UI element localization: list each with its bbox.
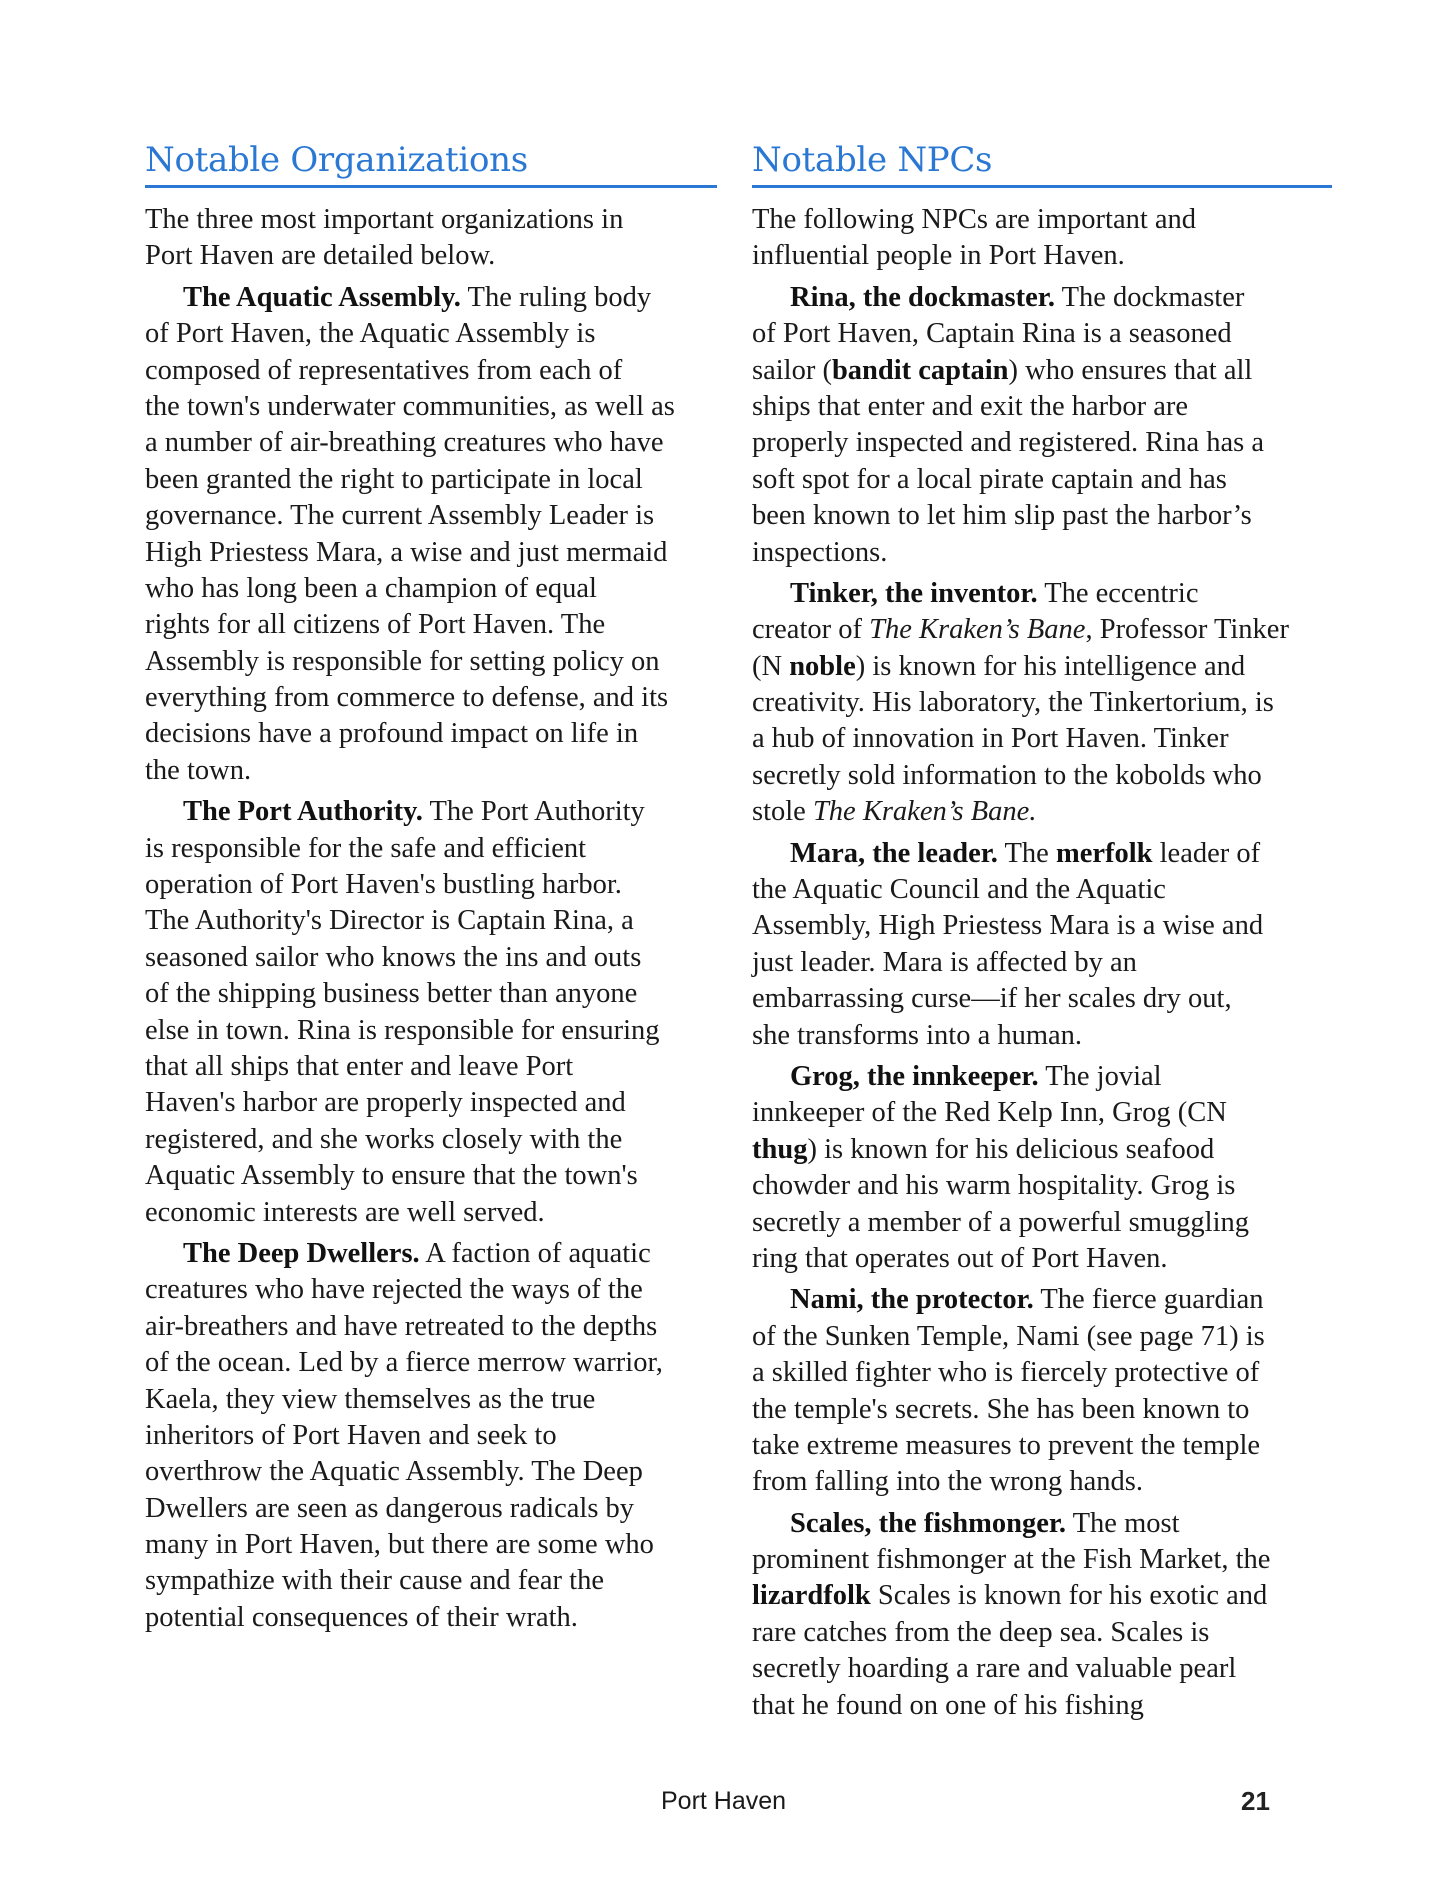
paragraph: Tinker, the inventor. The eccentriccreat… (752, 576, 1332, 831)
text-line: take extreme measures to prevent the tem… (752, 1428, 1332, 1464)
text-run: of the shipping business better than any… (145, 978, 637, 1009)
text-line: creativity. His laboratory, the Tinkerto… (752, 685, 1332, 721)
text-line: prominent fishmonger at the Fish Market,… (752, 1542, 1332, 1578)
text-line: inspections. (752, 535, 1332, 571)
text-line: Grog, the innkeeper. The jovial (752, 1059, 1332, 1095)
bold-text: lizardfolk (752, 1580, 871, 1611)
text-line: composed of representatives from each of (145, 353, 717, 389)
text-line: been granted the right to participate in… (145, 462, 717, 498)
text-run: been known to let him slip past the harb… (752, 500, 1252, 531)
text-run: everything from commerce to defense, and… (145, 682, 668, 713)
footer-running-title: Port Haven (661, 1787, 786, 1816)
text-run: The Authority's Director is Captain Rina… (145, 905, 634, 936)
paragraph: The Aquatic Assembly. The ruling bodyof … (145, 280, 717, 789)
bold-text: Rina, the dockmaster. (790, 282, 1055, 313)
text-run: innkeeper of the Red Kelp Inn, Grog (CN (752, 1097, 1227, 1128)
text-run: creativity. His laboratory, the Tinkerto… (752, 687, 1274, 718)
text-line: Dwellers are seen as dangerous radicals … (145, 1491, 717, 1527)
text-line: High Priestess Mara, a wise and just mer… (145, 535, 717, 571)
text-run: Port Haven are detailed below. (145, 240, 495, 271)
text-run: Assembly, High Priestess Mara is a wise … (752, 910, 1263, 941)
text-line: Scales, the fishmonger. The most (752, 1506, 1332, 1542)
text-run: ships that enter and exit the harbor are (752, 391, 1188, 422)
text-run: Haven's harbor are properly inspected an… (145, 1087, 626, 1118)
text-line: the temple's secrets. She has been known… (752, 1392, 1332, 1428)
text-run: seasoned sailor who knows the ins and ou… (145, 942, 641, 973)
text-line: innkeeper of the Red Kelp Inn, Grog (CN (752, 1095, 1332, 1131)
bold-text: The Aquatic Assembly. (183, 282, 461, 313)
text-run: just leader. Mara is affected by an (752, 947, 1137, 978)
text-run: influential people in Port Haven. (752, 240, 1125, 271)
text-line: Kaela, they view themselves as the true (145, 1382, 717, 1418)
text-line: everything from commerce to defense, and… (145, 680, 717, 716)
text-run: inspections. (752, 537, 887, 568)
paragraph: Mara, the leader. The merfolk leader oft… (752, 836, 1332, 1054)
text-line: Mara, the leader. The merfolk leader of (752, 836, 1332, 872)
bold-text: The Port Authority. (183, 796, 423, 827)
text-run: a number of air-breathing creatures who … (145, 427, 664, 458)
bold-text: bandit captain (832, 355, 1009, 386)
text-run: The Port Authority (423, 796, 645, 827)
text-line: rare catches from the deep sea. Scales i… (752, 1615, 1332, 1651)
text-line: the Aquatic Council and the Aquatic (752, 872, 1332, 908)
text-run: inheritors of Port Haven and seek to (145, 1420, 557, 1451)
text-line: is responsible for the safe and efficien… (145, 831, 717, 867)
paragraph: The following NPCs are important andinfl… (752, 202, 1332, 275)
text-run: secretly a member of a powerful smugglin… (752, 1207, 1249, 1238)
text-run: prominent fishmonger at the Fish Market,… (752, 1544, 1270, 1575)
paragraph: The Deep Dwellers. A faction of aquaticc… (145, 1236, 717, 1636)
text-line: from falling into the wrong hands. (752, 1464, 1332, 1500)
text-line: The three most important organizations i… (145, 202, 717, 238)
text-run: The eccentric (1038, 578, 1199, 609)
left-column: Notable Organizations The three most imp… (145, 138, 717, 1641)
text-line: of Port Haven, the Aquatic Assembly is (145, 316, 717, 352)
text-run: rights for all citizens of Port Haven. T… (145, 609, 605, 640)
text-line: overthrow the Aquatic Assembly. The Deep (145, 1454, 717, 1490)
text-run: The most (1066, 1508, 1179, 1539)
text-run: a hub of innovation in Port Haven. Tinke… (752, 723, 1229, 754)
text-line: embarrassing curse—if her scales dry out… (752, 981, 1332, 1017)
italic-text: The Kraken’s Bane (869, 614, 1085, 645)
document-page: Notable Organizations The three most imp… (0, 0, 1445, 1898)
text-run: Dwellers are seen as dangerous radicals … (145, 1493, 634, 1524)
text-run: operation of Port Haven's bustling harbo… (145, 869, 622, 900)
text-line: soft spot for a local pirate captain and… (752, 462, 1332, 498)
text-line: of the shipping business better than any… (145, 976, 717, 1012)
text-line: that he found on one of his fishing (752, 1688, 1332, 1724)
text-run: sailor ( (752, 355, 832, 386)
npcs-body: The following NPCs are important andinfl… (752, 202, 1332, 1724)
text-line: air-breathers and have retreated to the … (145, 1309, 717, 1345)
text-line: else in town. Rina is responsible for en… (145, 1013, 717, 1049)
text-line: a hub of innovation in Port Haven. Tinke… (752, 721, 1332, 757)
text-run: air-breathers and have retreated to the … (145, 1311, 657, 1342)
text-run: chowder and his warm hospitality. Grog i… (752, 1170, 1235, 1201)
text-run: of the Sunken Temple, Nami (see page 71)… (752, 1321, 1265, 1352)
text-line: the town. (145, 753, 717, 789)
text-run: potential consequences of their wrath. (145, 1602, 578, 1633)
text-run: embarrassing curse—if her scales dry out… (752, 983, 1232, 1014)
text-line: Assembly, High Priestess Mara is a wise … (752, 908, 1332, 944)
text-run: The jovial (1039, 1061, 1162, 1092)
text-run: is responsible for the safe and efficien… (145, 833, 586, 864)
bold-text: Scales, the fishmonger. (790, 1508, 1066, 1539)
paragraph: Scales, the fishmonger. The mostprominen… (752, 1506, 1332, 1724)
text-run: The fierce guardian (1034, 1284, 1264, 1315)
text-line: Aquatic Assembly to ensure that the town… (145, 1158, 717, 1194)
text-line: Rina, the dockmaster. The dockmaster (752, 280, 1332, 316)
text-run: that all ships that enter and leave Port (145, 1051, 573, 1082)
text-line: stole The Kraken’s Bane. (752, 794, 1332, 830)
text-line: sympathize with their cause and fear the (145, 1563, 717, 1599)
text-run: creatures who have rejected the ways of … (145, 1274, 643, 1305)
paragraph: Rina, the dockmaster. The dockmasterof P… (752, 280, 1332, 571)
text-run: The dockmaster (1055, 282, 1244, 313)
text-run: the Aquatic Council and the Aquatic (752, 874, 1166, 905)
text-run: economic interests are well served. (145, 1197, 545, 1228)
text-line: lizardfolk Scales is known for his exoti… (752, 1578, 1332, 1614)
text-run: The following NPCs are important and (752, 204, 1196, 235)
text-run: she transforms into a human. (752, 1020, 1082, 1051)
bold-text: The Deep Dwellers. (183, 1238, 420, 1269)
text-run: leader of (1153, 838, 1261, 869)
text-run: A faction of aquatic (420, 1238, 651, 1269)
text-line: sailor (bandit captain) who ensures that… (752, 353, 1332, 389)
text-run: Aquatic Assembly to ensure that the town… (145, 1160, 638, 1191)
paragraph: Grog, the innkeeper. The jovialinnkeeper… (752, 1059, 1332, 1277)
text-line: The Aquatic Assembly. The ruling body (145, 280, 717, 316)
bold-text: Mara, the leader. (790, 838, 998, 869)
text-line: who has long been a champion of equal (145, 571, 717, 607)
text-line: many in Port Haven, but there are some w… (145, 1527, 717, 1563)
text-run: else in town. Rina is responsible for en… (145, 1015, 660, 1046)
text-run: properly inspected and registered. Rina … (752, 427, 1264, 458)
text-line: economic interests are well served. (145, 1195, 717, 1231)
text-line: of the Sunken Temple, Nami (see page 71)… (752, 1319, 1332, 1355)
text-run: The three most important organizations i… (145, 204, 623, 235)
text-line: rights for all citizens of Port Haven. T… (145, 607, 717, 643)
text-run: , Professor Tinker (1085, 614, 1288, 645)
paragraph: The three most important organizations i… (145, 202, 717, 275)
text-run: stole (752, 796, 813, 827)
text-line: the town's underwater communities, as we… (145, 389, 717, 425)
paragraph: Nami, the protector. The fierce guardian… (752, 1282, 1332, 1500)
text-run: who has long been a champion of equal (145, 573, 597, 604)
text-run: registered, and she works closely with t… (145, 1124, 622, 1155)
text-line: Assembly is responsible for setting poli… (145, 644, 717, 680)
text-line: thug) is known for his delicious seafood (752, 1132, 1332, 1168)
bold-text: Tinker, the inventor. (790, 578, 1038, 609)
text-line: secretly sold information to the kobolds… (752, 758, 1332, 794)
text-line: she transforms into a human. (752, 1018, 1332, 1054)
text-run: ) who ensures that all (1009, 355, 1253, 386)
text-run: of the ocean. Led by a fierce merrow war… (145, 1347, 663, 1378)
text-line: a skilled fighter who is fiercely protec… (752, 1355, 1332, 1391)
text-run: take extreme measures to prevent the tem… (752, 1430, 1260, 1461)
text-line: The Authority's Director is Captain Rina… (145, 903, 717, 939)
text-line: of Port Haven, Captain Rina is a seasone… (752, 316, 1332, 352)
text-line: seasoned sailor who knows the ins and ou… (145, 940, 717, 976)
text-run: overthrow the Aquatic Assembly. The Deep (145, 1456, 643, 1487)
text-run: a skilled fighter who is fiercely protec… (752, 1357, 1259, 1388)
text-line: The Port Authority. The Port Authority (145, 794, 717, 830)
text-run: ring that operates out of Port Haven. (752, 1243, 1168, 1274)
bold-text: Grog, the innkeeper. (790, 1061, 1039, 1092)
text-run: the town. (145, 755, 251, 786)
heading-notable-npcs: Notable NPCs (752, 138, 1332, 188)
text-line: The Deep Dwellers. A faction of aquatic (145, 1236, 717, 1272)
text-run: of Port Haven, Captain Rina is a seasone… (752, 318, 1232, 349)
text-line: inheritors of Port Haven and seek to (145, 1418, 717, 1454)
text-line: just leader. Mara is affected by an (752, 945, 1332, 981)
text-line: properly inspected and registered. Rina … (752, 425, 1332, 461)
text-run: Assembly is responsible for setting poli… (145, 646, 660, 677)
text-run: many in Port Haven, but there are some w… (145, 1529, 654, 1560)
text-run: decisions have a profound impact on life… (145, 718, 638, 749)
text-line: Nami, the protector. The fierce guardian (752, 1282, 1332, 1318)
page-number: 21 (1241, 1786, 1270, 1817)
text-run: that he found on one of his fishing (752, 1690, 1144, 1721)
text-run: creator of (752, 614, 869, 645)
text-run: been granted the right to participate in… (145, 464, 643, 495)
text-line: registered, and she works closely with t… (145, 1122, 717, 1158)
text-line: potential consequences of their wrath. (145, 1600, 717, 1636)
text-line: Port Haven are detailed below. (145, 238, 717, 274)
organizations-body: The three most important organizations i… (145, 202, 717, 1636)
text-line: that all ships that enter and leave Port (145, 1049, 717, 1085)
text-run: Scales is known for his exotic and (871, 1580, 1268, 1611)
text-line: (N noble) is known for his intelligence … (752, 649, 1332, 685)
text-line: a number of air-breathing creatures who … (145, 425, 717, 461)
text-run: ) is known for his delicious seafood (807, 1134, 1214, 1165)
text-run: governance. The current Assembly Leader … (145, 500, 654, 531)
heading-notable-organizations: Notable Organizations (145, 138, 717, 188)
text-run: sympathize with their cause and fear the (145, 1565, 604, 1596)
text-line: of the ocean. Led by a fierce merrow war… (145, 1345, 717, 1381)
text-line: chowder and his warm hospitality. Grog i… (752, 1168, 1332, 1204)
text-run: High Priestess Mara, a wise and just mer… (145, 537, 667, 568)
text-run: of Port Haven, the Aquatic Assembly is (145, 318, 595, 349)
text-run: the town's underwater communities, as we… (145, 391, 675, 422)
paragraph: The Port Authority. The Port Authorityis… (145, 794, 717, 1231)
bold-text: merfolk (1056, 838, 1153, 869)
text-line: secretly a member of a powerful smugglin… (752, 1205, 1332, 1241)
text-run: from falling into the wrong hands. (752, 1466, 1143, 1497)
text-line: creator of The Kraken’s Bane, Professor … (752, 612, 1332, 648)
text-line: governance. The current Assembly Leader … (145, 498, 717, 534)
text-line: ring that operates out of Port Haven. (752, 1241, 1332, 1277)
text-run: Kaela, they view themselves as the true (145, 1384, 595, 1415)
text-line: The following NPCs are important and (752, 202, 1332, 238)
text-run: composed of representatives from each of (145, 355, 622, 386)
text-line: secretly hoarding a rare and valuable pe… (752, 1651, 1332, 1687)
text-run: the temple's secrets. She has been known… (752, 1394, 1249, 1425)
text-run: (N (752, 651, 789, 682)
bold-text: noble (789, 651, 856, 682)
text-run: ) is known for his intelligence and (856, 651, 1245, 682)
text-line: been known to let him slip past the harb… (752, 498, 1332, 534)
text-line: influential people in Port Haven. (752, 238, 1332, 274)
text-line: decisions have a profound impact on life… (145, 716, 717, 752)
text-run: soft spot for a local pirate captain and… (752, 464, 1227, 495)
text-line: Haven's harbor are properly inspected an… (145, 1085, 717, 1121)
text-line: ships that enter and exit the harbor are (752, 389, 1332, 425)
italic-text: The Kraken’s Bane. (813, 796, 1037, 827)
text-run: secretly hoarding a rare and valuable pe… (752, 1653, 1236, 1684)
bold-text: thug (752, 1134, 807, 1165)
text-line: creatures who have rejected the ways of … (145, 1272, 717, 1308)
right-column: Notable NPCs The following NPCs are impo… (752, 138, 1332, 1729)
text-line: Tinker, the inventor. The eccentric (752, 576, 1332, 612)
text-line: operation of Port Haven's bustling harbo… (145, 867, 717, 903)
text-run: secretly sold information to the kobolds… (752, 760, 1262, 791)
text-run: The (998, 838, 1056, 869)
bold-text: Nami, the protector. (790, 1284, 1034, 1315)
text-run: The ruling body (461, 282, 651, 313)
text-run: rare catches from the deep sea. Scales i… (752, 1617, 1209, 1648)
